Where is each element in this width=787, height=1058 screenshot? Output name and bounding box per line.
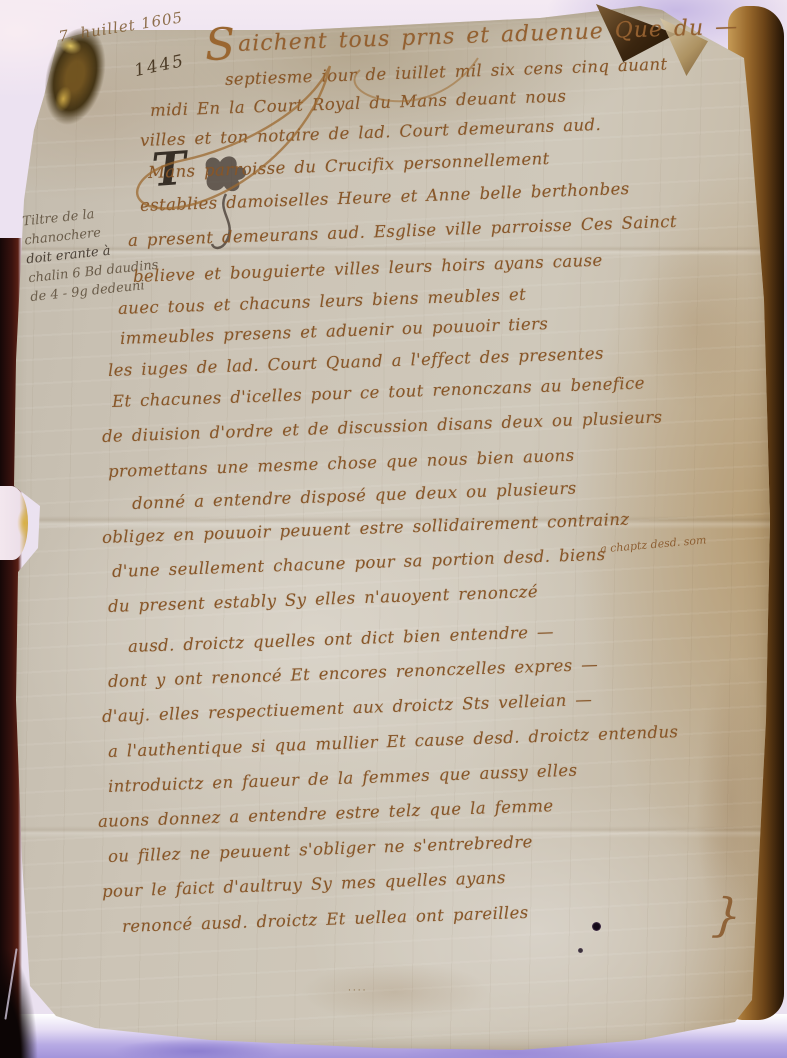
manuscript-line: dont y ont renoncé Et encores renonczell… bbox=[108, 655, 599, 691]
manuscript-line: septiesme iour de iuillet mil six cens c… bbox=[225, 55, 668, 89]
manuscript-line: du present estably Sy elles n'auoyent re… bbox=[108, 582, 539, 616]
manuscript-line: promettans une mesme chose que nous bien… bbox=[108, 446, 575, 481]
manuscript-line: auons donnez a entendre estre telz que l… bbox=[98, 796, 554, 831]
manuscript-line: midi En la Court Royal du Mans deuant no… bbox=[150, 86, 567, 120]
manuscript-line: d'une seullement chacune pour sa portion… bbox=[112, 545, 606, 581]
manuscript-line: introduictz en faueur de la femmes que a… bbox=[108, 761, 578, 796]
manuscript-text: Saichent tous prns et aduenue Que du —se… bbox=[0, 0, 787, 1058]
manuscript-line: a present demeurans aud. Esglise ville p… bbox=[128, 212, 678, 250]
manuscript-line: pour le faict d'aultruy Sy mes quelles a… bbox=[102, 868, 507, 901]
manuscript-line: believe et bouguierte villes leurs hoirs… bbox=[133, 251, 603, 286]
manuscript-line: les iuges de lad. Court Quand a l'effect… bbox=[108, 344, 605, 380]
manuscript-line: renoncé ausd. droictz Et uellea ont pare… bbox=[122, 903, 529, 936]
manuscript-line: ou fillez ne peuuent s'obliger ne s'entr… bbox=[108, 832, 533, 866]
manuscript-line: de diuision d'ordre et de discussion dis… bbox=[102, 407, 663, 446]
manuscript-line: donné a entendre disposé que deux ou plu… bbox=[132, 478, 577, 513]
manuscript-line: immeubles presens et aduenir ou pouuoir … bbox=[120, 314, 549, 348]
closing-flourish: } bbox=[710, 887, 743, 943]
manuscript-line: establies damoiselles Heure et Anne bell… bbox=[140, 179, 630, 215]
manuscript-line: obligez en pouuoir peuuent estre sollida… bbox=[102, 510, 630, 547]
manuscript-line: Saichent tous prns et aduenue Que du — bbox=[205, 14, 739, 58]
manuscript-line: Mans parroisse du Crucifix personnelleme… bbox=[148, 149, 550, 182]
manuscript-line: villes et ton notaire de lad. Court deme… bbox=[140, 115, 602, 150]
illuminated-initial: S bbox=[204, 19, 237, 71]
manuscript-line: d'auj. elles respectiuement aux droictz … bbox=[102, 690, 593, 726]
manuscript-line: auec tous et chacuns leurs biens meubles… bbox=[118, 285, 527, 318]
manuscript-line: Et chacunes d'icelles pour ce tout renon… bbox=[112, 373, 645, 411]
photograph-of-manuscript: ···· 7. huillet 1605 1445 T Tiltre de la… bbox=[0, 0, 787, 1058]
manuscript-line: a l'authentique si qua mullier Et cause … bbox=[108, 722, 679, 761]
manuscript-line: ausd. droictz quelles ont dict bien ente… bbox=[128, 622, 554, 656]
